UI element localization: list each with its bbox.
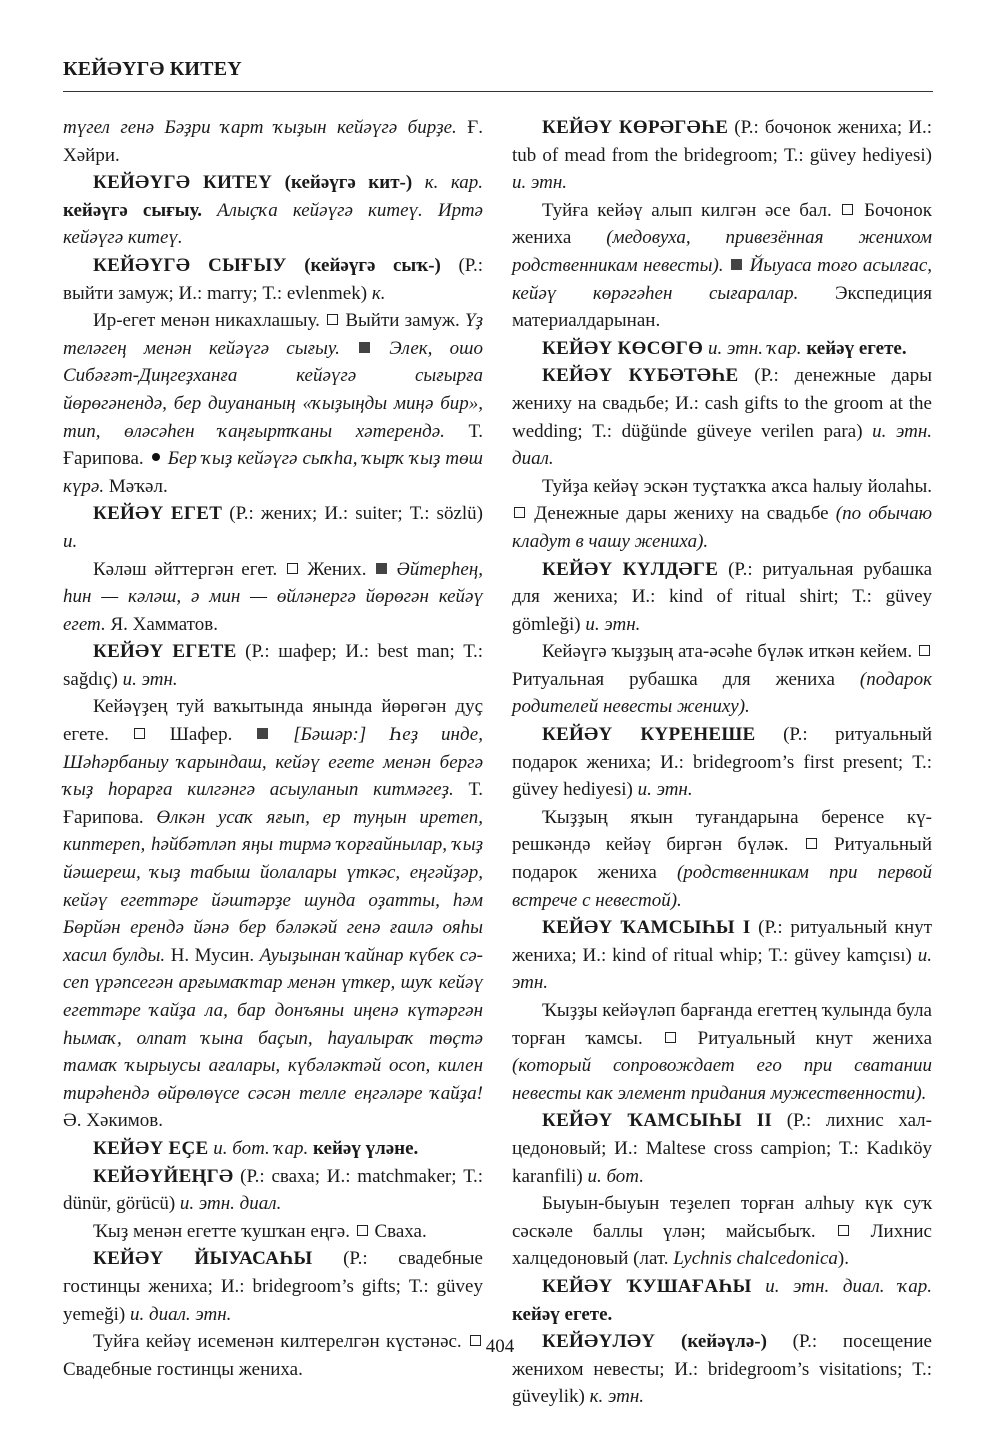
page-number: 404 [0,1336,1000,1358]
russian-gloss: Сваха. [370,1221,427,1242]
entry-keyau-kureneshe: КЕЙӘҮ КҮРЕНЕШЕ (Р.: ритуальный подарок ж… [512,721,932,804]
pos-label: и. [63,531,77,552]
white-square-icon [357,1225,368,1236]
definition: Туйҙа кейәү эскән туҫтаҡҡа аҡса һалыу йо… [512,473,932,556]
cross-reference: кейәү егете. [512,1304,612,1325]
author: Ә. Хәкимов. [63,1110,163,1131]
white-square-icon [514,507,525,518]
pos-label: и. бот. [583,1166,644,1187]
white-square-icon [134,728,145,739]
definition: Туйға кейәү алып килгән әсе бал. Бо­чоно… [512,197,932,335]
entry-keyau-kamsyhy-1: КЕЙӘҮ ҠАМСЫҺЫ I (Р.: ритуальный кнут жен… [512,914,932,997]
example-text: Ауыҙынан ҡайнар күбек сә­сеп үрәпсегән а… [63,945,483,1104]
example-text: түгел генә Бәҙри ҡарт ҡыҙын кейәүгә бирҙ… [63,117,457,138]
latin-name: Lychnis chalcedonica [673,1248,838,1269]
white-square-icon [842,204,853,215]
russian-gloss: Ритуальный кнут жениха [678,1028,932,1049]
entry-keyau-koragahe: КЕЙӘҮ КӨРӘГӘҺЕ (Р.: бочонок же­ниха; И.:… [512,114,932,197]
entry-keyau-kubatahe: КЕЙӘҮ КҮБӘТӘҺЕ (Р.: денежные дары жениху… [512,362,932,472]
verb-form: (кейәүгә кит-) [272,172,412,193]
russian-gloss: Вый­ти замуж. [340,310,465,331]
pos-label: к. кар. [412,172,483,193]
headword: КЕЙӘҮ КӨСӨГӨ [542,338,703,359]
headword: КЕЙӘҮГӘ КИТЕҮ [93,172,272,193]
definition-text: Кейәүгә ҡыҙҙың ата-әсәһе бүләк иткән кей… [542,641,917,662]
pos-label: к. этн. [585,1386,644,1407]
cross-reference: кейәүгә сығыу. [63,200,202,221]
entry-keyau-kuldage: КЕЙӘҮ КҮЛДӘГЕ (Р.: ритуальная ру­башка д… [512,556,932,639]
headword: КЕЙӘҮ ЙЫУАСАҺЫ [93,1248,312,1269]
entry-keyauga-kiteu: КЕЙӘҮГӘ КИТЕҮ (кейәүгә кит-) к. кар. кей… [63,169,483,252]
headword: КЕЙӘҮГӘ СЫҒЫУ [93,255,287,276]
entry-keyauyenga: КЕЙӘҮЙЕҢГӘ (Р.: сваха; И.: matchma­ker; … [63,1163,483,1218]
entry-keyau-ese: КЕЙӘҮ ЕҪЕ и. бот. ҡар. кейәү үләне. [63,1135,483,1163]
pos-label: к. [367,283,385,304]
entry-keyau-kushagahy: КЕЙӘҮ ҠУШАҒАҺЫ и. этн. диал. ҡар. кейәү … [512,1273,932,1328]
example-text: Өлкән усаҡ яғып, ер туңын иретеп, киптер… [63,807,483,966]
headword: КЕЙӘҮ ҠАМСЫҺЫ II [542,1110,772,1131]
definition: Быуын-быуын теҙелеп торған алһыу күк суҡ… [512,1190,932,1273]
translations: (Р.: жених; И.: suiter; Т.: sözlü) [222,503,483,524]
definition: Ҡыҙҙы кейәүләп барғанда егеттең ҡу­лында… [512,997,932,1107]
white-square-icon [806,838,817,849]
pos-label: и. этн. ҡар. [703,338,801,359]
definition: Кәләш әйттергән егет. Жених. Әй­терһең, … [63,556,483,639]
headword: КЕЙӘҮ ҠУШАҒАҺЫ [542,1276,752,1297]
black-square-icon [376,563,387,574]
pos-label: и. этн. [118,669,178,690]
entry-continuation: түгел генә Бәҙри ҡарт ҡыҙын кейәүгә бирҙ… [63,114,483,169]
running-head: КЕЙӘҮГӘ КИТЕҮ [63,58,242,81]
russian-gloss: Шафер. [147,724,255,745]
header-rule [63,91,933,92]
pos-label: и. этн. [512,172,567,193]
white-square-icon [287,563,298,574]
pos-label: и. этн. диал. ҡар. [752,1276,932,1297]
headword: КЕЙӘҮ ҠАМСЫҺЫ I [542,917,751,938]
russian-gloss: Жених. [300,559,374,580]
definition-text: Ҡыҙ менән егетте ҡушҡан еңгә. [93,1221,355,1242]
definition: Кейәүгә ҡыҙҙың ата-әсәһе бүләк иткән кей… [512,638,932,721]
white-square-icon [665,1032,676,1043]
headword: КЕЙӘҮ КҮБӘТӘҺЕ [542,365,738,386]
definition: Ир-егет менән никахлашыу. Вый­ти замуж. … [63,307,483,500]
left-column: түгел генә Бәҙри ҡарт ҡыҙын кейәүгә бирҙ… [63,114,483,1383]
russian-gloss: Ритуальная рубашка для жениха [512,669,860,690]
pos-label: и. этн. диал. [175,1193,281,1214]
headword: КЕЙӘҮ ЕГЕТЕ [93,641,237,662]
white-square-icon [919,645,930,656]
pos-label: и. этн. [633,779,693,800]
definition: Ҡыҙ менән егетте ҡушҡан еңгә. Сваха. [63,1218,483,1246]
headword: КЕЙӘҮ КҮРЕНЕШЕ [542,724,756,745]
definition-text: Туйға кейәү алып килгән әсе бал. [542,200,840,221]
headword: КЕЙӘҮ КӨРӘГӘҺЕ [542,117,728,138]
pos-label: и. диал. этн. [125,1304,231,1325]
entry-keyau-eget: КЕЙӘҮ ЕГЕТ (Р.: жених; И.: suiter; Т.: s… [63,500,483,555]
entry-keyau-kamsyhy-2: КЕЙӘҮ ҠАМСЫҺЫ II (Р.: лихнис хал­цедонов… [512,1107,932,1190]
author: Я. Хамматов. [106,614,218,635]
definition-text: Туйҙа кейәү эскән туҫтаҡҡа аҡса һалыу йо… [542,476,932,497]
headword: КЕЙӘҮЙЕҢГӘ [93,1166,233,1187]
definition: Кейәүҙең туй ваҡытында янында йөрөгән ду… [63,693,483,1135]
entry-keyau-yyuasahy: КЕЙӘҮ ЙЫУАСАҺЫ (Р.: свадебные гостинцы ж… [63,1245,483,1328]
black-square-icon [257,728,268,739]
pos-label: и. бот. ҡар. [209,1138,309,1159]
entry-keyau-kosogo: КЕЙӘҮ КӨСӨГӨ и. этн. ҡар. кейәү егете. [512,335,932,363]
russian-gloss-end: ). [838,1248,849,1269]
russian-gloss: Денежные дары жениху на свадьбе [527,503,836,524]
definition-text: Ир-егет менән никахлашыу. [93,310,325,331]
white-square-icon [838,1225,849,1236]
headword: КЕЙӘҮ ЕГЕТ [93,503,222,524]
definition: Ҡыҙҙың яҡын туғандарына беренсе кү­решкә… [512,804,932,914]
headword: КЕЙӘҮ ЕҪЕ [93,1138,209,1159]
headword: КЕЙӘҮ КҮЛДӘГЕ [542,559,718,580]
entry-keyau-egete: КЕЙӘҮ ЕГЕТЕ (Р.: шафер; И.: best man; Т.… [63,638,483,693]
right-column: КЕЙӘҮ КӨРӘГӘҺЕ (Р.: бочонок же­ниха; И.:… [512,114,932,1411]
verb-form: (кейәүгә сыҡ-) [287,255,441,276]
white-square-icon [327,314,338,325]
cross-reference: кейәү егете. [802,338,907,359]
definition-text: Кәләш әйттергән егет. [93,559,285,580]
entry-keyauga-syghyu: КЕЙӘҮГӘ СЫҒЫУ (кейәүгә сыҡ-) (Р.: выйти … [63,252,483,307]
russian-gloss: Свадебные гостинцы жениха. [63,1359,303,1380]
author: Н. Мусин. [165,945,259,966]
cross-reference: кейәү үләне. [308,1138,418,1159]
black-dot-icon [152,453,160,461]
black-square-icon [731,259,742,270]
pos-label: и. этн. [581,614,641,635]
black-square-icon [359,342,370,353]
russian-note: (который сопровождает его при сватании н… [512,1055,932,1104]
source: Мәҡәл. [104,476,168,497]
